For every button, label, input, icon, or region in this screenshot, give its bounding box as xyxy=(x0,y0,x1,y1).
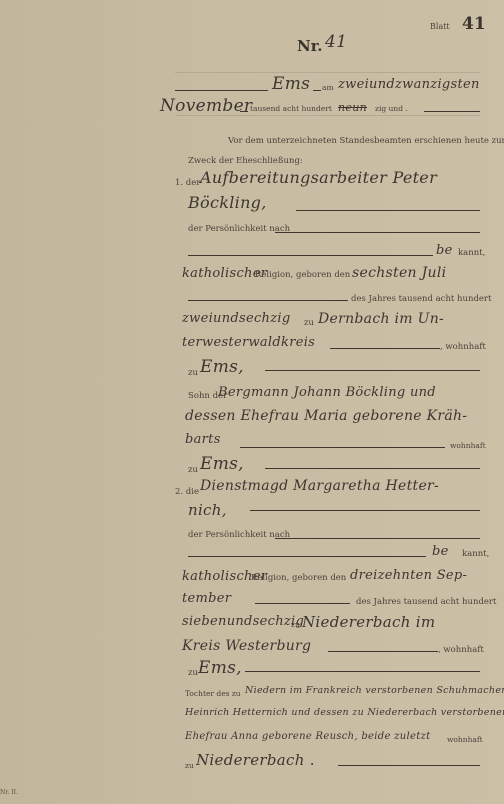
groom-surname: Böckling, xyxy=(188,193,267,212)
blatt-number: 41 xyxy=(462,14,486,34)
bride-parents-line-2: Heinrich Hetternich und dessen zu Nieder… xyxy=(185,707,504,718)
groom-residence-zu: zu xyxy=(188,368,198,378)
groom-known-label: kannt, xyxy=(458,248,485,258)
groom-parents-residence: Ems, xyxy=(200,454,244,474)
bride-birthplace-line-1: Niedererbach im xyxy=(302,613,435,631)
blatt-label: Blatt xyxy=(430,22,450,31)
bride-year-label: des Jahres tausend acht hundert xyxy=(356,597,496,607)
bride-parents-resides-label: wohnhaft xyxy=(447,735,483,744)
groom-zu-label: zu xyxy=(304,318,314,328)
day-written: zweiundzwanzigsten xyxy=(338,77,480,92)
bride-parents-residence-zu: zu xyxy=(185,761,194,770)
groom-birthplace-line-1: Dernbach im Un- xyxy=(318,311,444,327)
bride-resides-label: , wohnhaft xyxy=(438,645,484,655)
bride-zu-label: zu xyxy=(291,620,300,629)
bride-parents-line-3: Ehefrau Anna geborene Reusch, beide zule… xyxy=(185,731,430,742)
groom-year-label: des Jahres tausend acht hundert xyxy=(351,294,491,304)
nr-label: Nr. xyxy=(297,37,322,55)
groom-known-prefix: be xyxy=(436,243,453,258)
bride-occupation-name-line-2: nich, xyxy=(188,501,227,519)
month-written: November xyxy=(160,96,252,116)
bride-parents-residence: Niedererbach . xyxy=(196,751,315,769)
decade-written: neun xyxy=(338,101,367,114)
year-prefix-text: tausend acht hundert xyxy=(250,104,332,113)
groom-birthplace-line-2: terwesterwaldkreis xyxy=(182,335,315,350)
bride-residence: Ems, xyxy=(198,658,242,678)
bride-birth-day-month-line-1: dreizehnten Sep- xyxy=(350,568,467,583)
bride-birthplace-line-2: Kreis Westerburg xyxy=(182,638,311,654)
intro-line-1: Vor dem unterzeichneten Standesbeamten e… xyxy=(228,136,504,146)
groom-occupation-name: Aufbereitungsarbeiter Peter xyxy=(200,168,437,187)
groom-birth-day-month: sechsten Juli xyxy=(352,265,446,281)
groom-parents-line-3: barts xyxy=(185,432,221,447)
groom-parents-line-1: Bergmann Johann Böckling und xyxy=(218,385,436,400)
groom-religion-label: Religion, geboren den xyxy=(255,270,350,280)
bride-parents-line-1: Niedern im Frankreich verstorbenen Schuh… xyxy=(245,685,504,696)
groom-parents-resides-label: wohnhaft xyxy=(450,441,486,450)
zig-und-text: zig und . xyxy=(375,104,408,113)
bride-daughter-label: Tochter des zu xyxy=(185,689,241,698)
am-label: am xyxy=(322,83,334,92)
bride-birth-day-month-line-2: tember xyxy=(182,591,231,606)
groom-residence: Ems, xyxy=(200,357,244,377)
bride-known-prefix: be xyxy=(432,544,449,559)
bride-known-label: kannt, xyxy=(462,549,489,559)
nr-value: 41 xyxy=(325,32,347,52)
place-of-registry: Ems xyxy=(272,74,310,94)
intro-line-2: Zweck der Eheschließung: xyxy=(188,156,303,166)
groom-birth-year: zweiundsechzig xyxy=(182,311,290,326)
bride-occupation-name-line-1: Dienstmagd Margaretha Hetter- xyxy=(200,478,439,494)
groom-parents-residence-zu: zu xyxy=(188,465,198,475)
bride-birth-year: siebenundsechzig xyxy=(182,614,304,629)
bride-religion-label: Religion, geboren den xyxy=(251,573,346,583)
groom-resides-label: , wohnhaft xyxy=(440,342,486,352)
bride-number-label: 2. die xyxy=(175,487,199,497)
bride-residence-zu: zu xyxy=(188,668,198,678)
groom-parents-line-2: dessen Ehefrau Maria geborene Kräh- xyxy=(185,408,467,424)
groom-number-label: 1. der xyxy=(175,178,200,188)
register-page: Blatt 41 Nr. 41 Ems am zweiundzwanzigste… xyxy=(0,0,504,804)
form-mark: Nr. II. xyxy=(0,789,18,796)
